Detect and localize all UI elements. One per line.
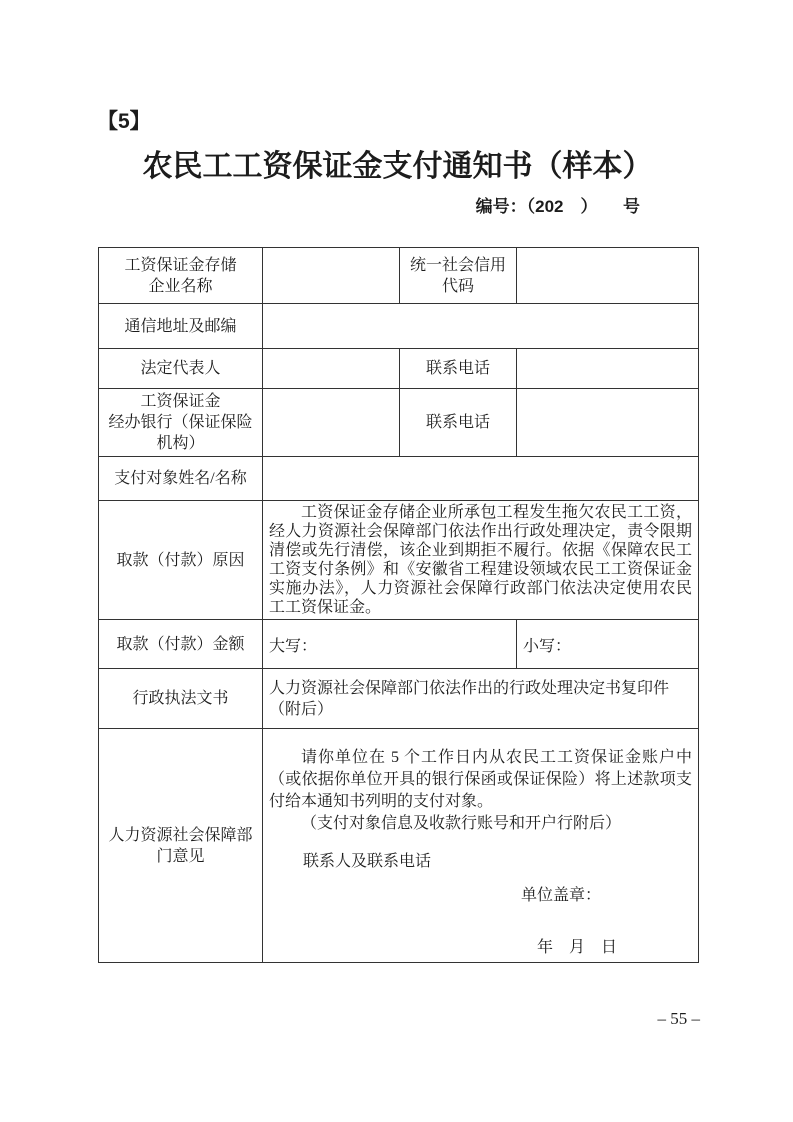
cell-label-payee-name: 支付对象姓名/名称 (99, 457, 263, 501)
document-page: 【5】 农民工工资保证金支付通知书（样本） 编号：（202 ） 号 工资保证金存… (0, 0, 793, 1122)
cell-label-credit-code: 统一社会信用 代码 (400, 248, 517, 304)
cell-value-enterprise-name (263, 248, 400, 304)
cell-value-legal-representative (263, 349, 400, 389)
section-label: 【5】 (97, 110, 698, 133)
cell-value-withdrawal-reason: 工资保证金存储企业所承包工程发生拖欠农民工工资，经人力资源社会保障部门依法作出行… (263, 501, 699, 620)
row-withdrawal-amount: 取款（付款）金额 大写： 小写： (99, 620, 699, 669)
cell-label-phone-1: 联系电话 (400, 349, 517, 389)
row-deposit-enterprise: 工资保证金存储 企业名称 统一社会信用 代码 (99, 248, 699, 304)
row-handling-bank: 工资保证金 经办银行（保证保险 机构） 联系电话 (99, 389, 699, 457)
opinion-attachment-note: （支付对象信息及收款行账号和开户行附后） (269, 813, 692, 835)
cell-label-address: 通信地址及邮编 (99, 304, 263, 349)
document-header: 【5】 农民工工资保证金支付通知书（样本） 编号：（202 ） 号 (97, 0, 698, 217)
opinion-instruction-text: 请你单位在 5 个工作日内从农民工工资保证金账户中（或依据你单位开具的银行保函或… (269, 747, 692, 813)
row-withdrawal-reason: 取款（付款）原因 工资保证金存储企业所承包工程发生拖欠农民工工资，经人力资源社会… (99, 501, 699, 620)
cell-value-department-opinion: 请你单位在 5 个工作日内从农民工工资保证金账户中（或依据你单位开具的银行保函或… (263, 729, 699, 963)
opinion-date-line: 年 月 日 (537, 937, 692, 959)
cell-value-payee-name (263, 457, 699, 501)
row-department-opinion: 人力资源社会保障部 门意见 请你单位在 5 个工作日内从农民工工资保证金账户中（… (99, 729, 699, 963)
page-number: – 55 – (658, 1008, 701, 1030)
row-address: 通信地址及邮编 (99, 304, 699, 349)
cell-value-address (263, 304, 699, 349)
row-legal-representative: 法定代表人 联系电话 (99, 349, 699, 389)
cell-label-handling-bank: 工资保证金 经办银行（保证保险 机构） (99, 389, 263, 457)
cell-value-enforcement-document: 人力资源社会保障部门依法作出的行政处理决定书复印件（附后） (263, 669, 699, 729)
withdrawal-reason-text: 工资保证金存储企业所承包工程发生拖欠农民工工资，经人力资源社会保障部门依法作出行… (269, 503, 692, 617)
row-enforcement-document: 行政执法文书 人力资源社会保障部门依法作出的行政处理决定书复印件（附后） (99, 669, 699, 729)
cell-label-department-opinion: 人力资源社会保障部 门意见 (99, 729, 263, 963)
cell-amount-in-figures: 小写： (517, 620, 699, 669)
enforcement-document-text: 人力资源社会保障部门依法作出的行政处理决定书复印件（附后） (269, 678, 692, 720)
cell-value-phone-1 (517, 349, 699, 389)
cell-label-enforcement-document: 行政执法文书 (99, 669, 263, 729)
cell-value-handling-bank (263, 389, 400, 457)
cell-label-withdrawal-reason: 取款（付款）原因 (99, 501, 263, 620)
opinion-contact-line: 联系人及联系电话 (303, 851, 692, 873)
doc-number: 编号：（202 ） 号 (97, 197, 698, 217)
cell-amount-in-words: 大写： (263, 620, 517, 669)
opinion-seal-line: 单位盖章： (521, 885, 692, 907)
cell-label-phone-2: 联系电话 (400, 389, 517, 457)
notice-form-table: 工资保证金存储 企业名称 统一社会信用 代码 通信地址及邮编 法定代表人 联系电… (98, 247, 699, 963)
cell-label-withdrawal-amount: 取款（付款）金额 (99, 620, 263, 669)
cell-label-legal-representative: 法定代表人 (99, 349, 263, 389)
cell-value-credit-code (517, 248, 699, 304)
page-title: 农民工工资保证金支付通知书（样本） (97, 148, 698, 186)
cell-label-deposit-enterprise-name: 工资保证金存储 企业名称 (99, 248, 263, 304)
row-payee-name: 支付对象姓名/名称 (99, 457, 699, 501)
cell-value-phone-2 (517, 389, 699, 457)
